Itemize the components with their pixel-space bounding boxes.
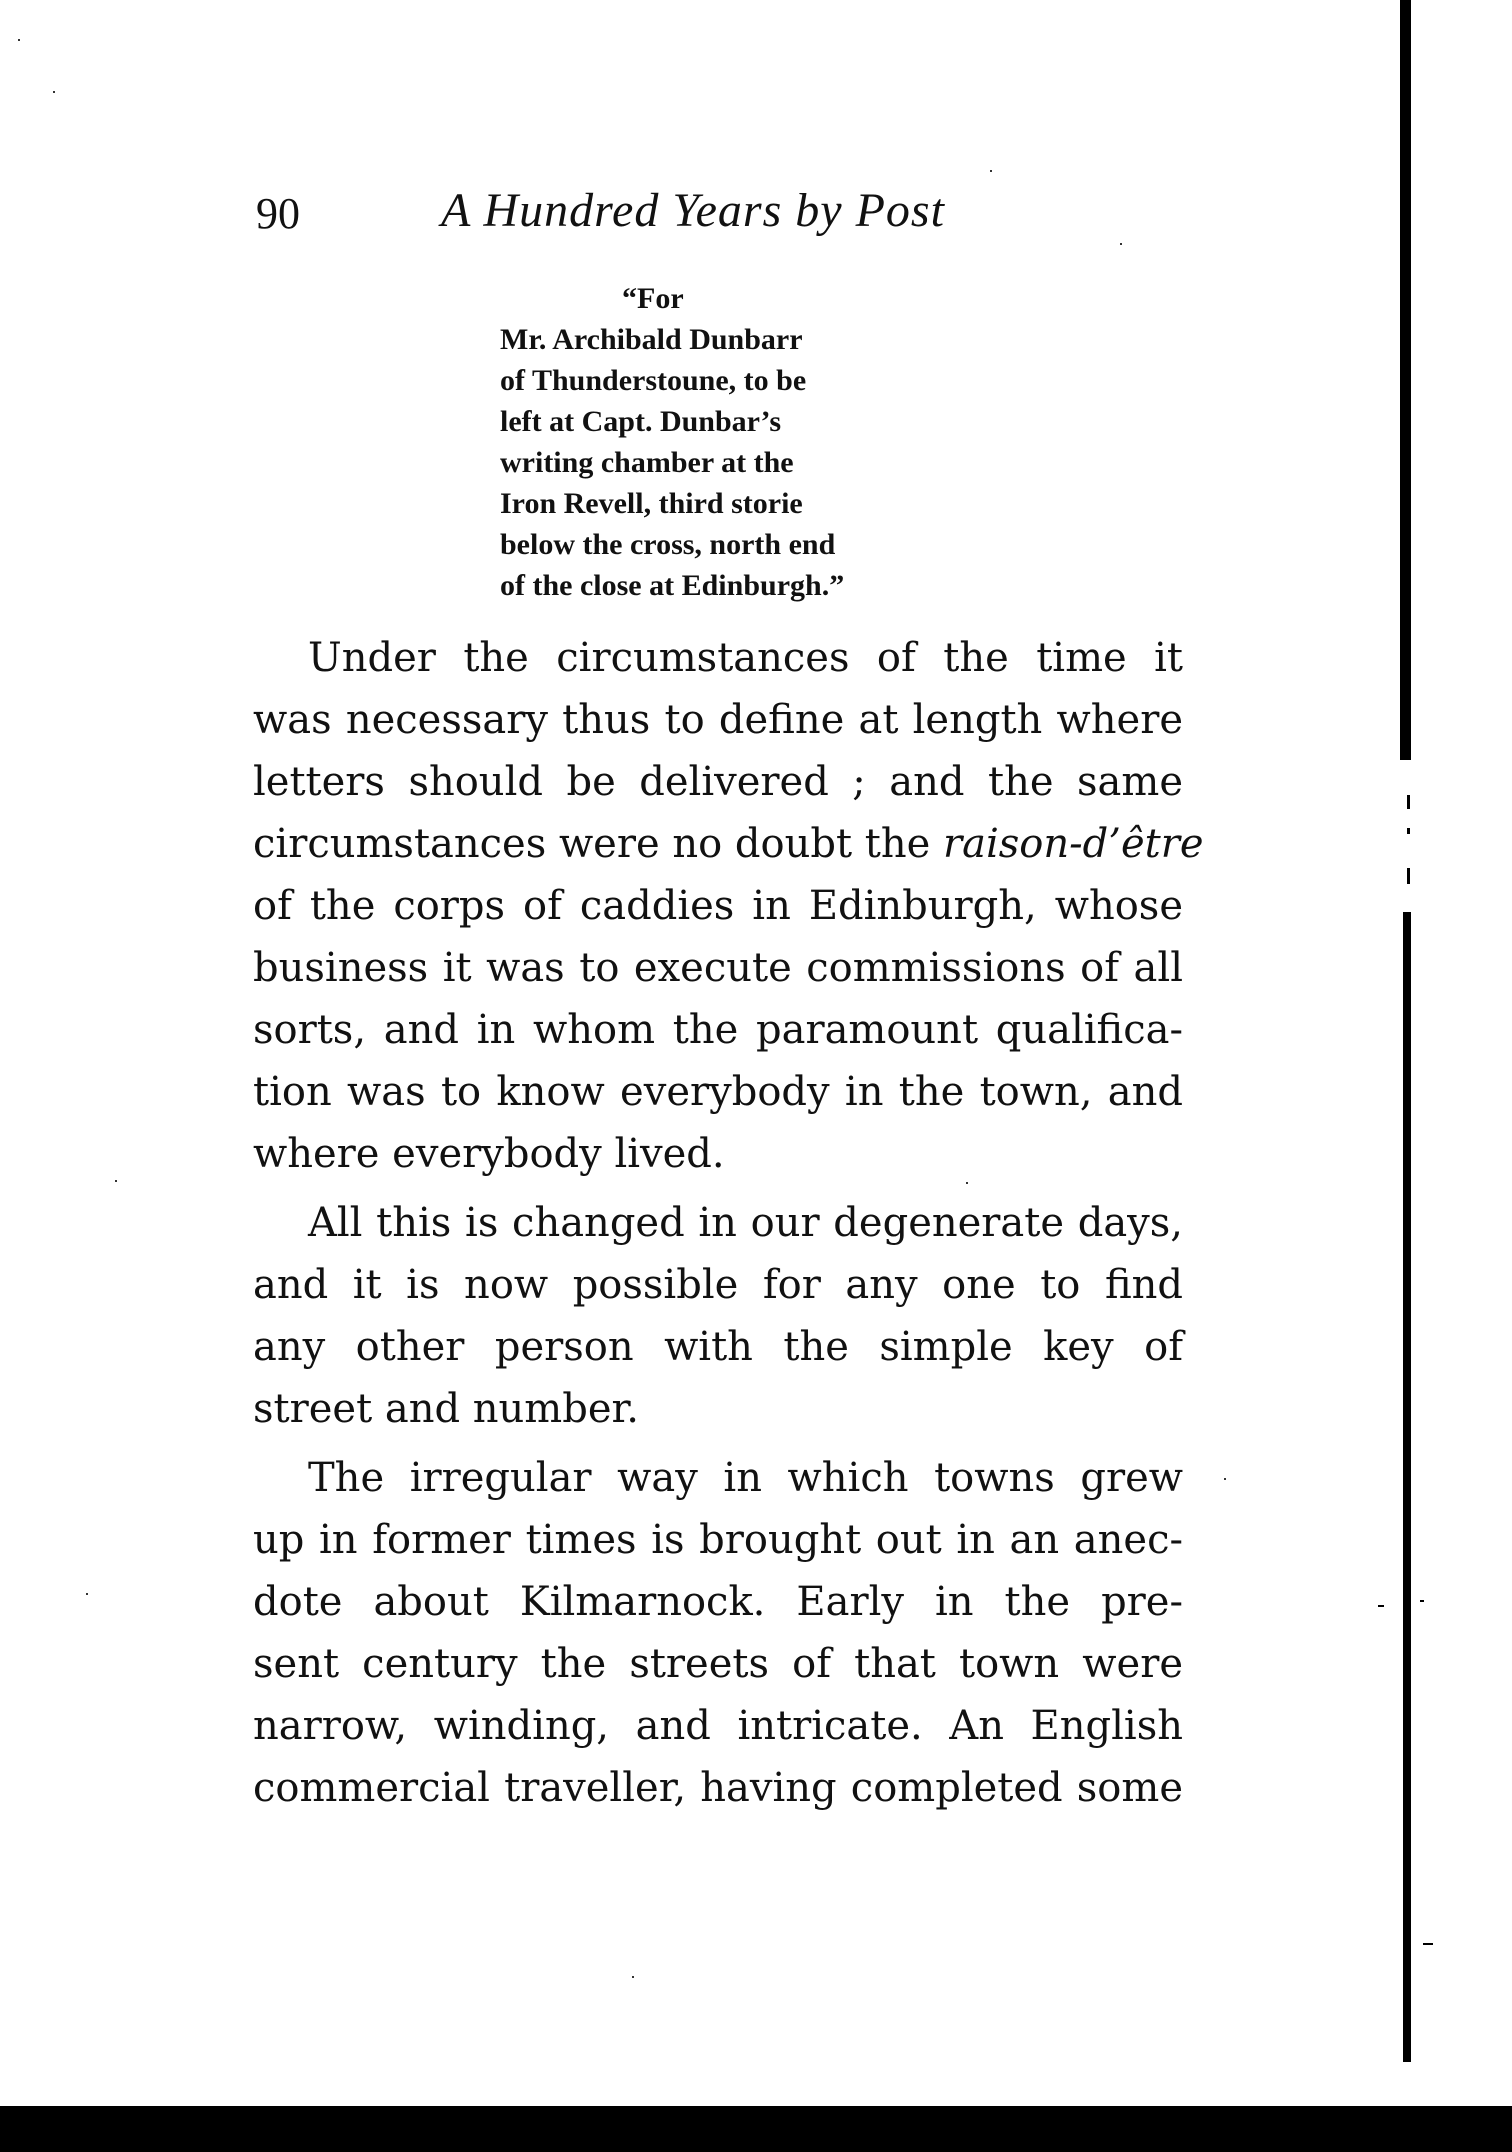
text-line: up in former times is brought out in an … [253, 1509, 1183, 1571]
address-line: Iron Revell, third storie [500, 483, 940, 524]
text-line: and it is now possible for any one to fi… [253, 1254, 1183, 1316]
paragraph: Under the circumstances of the time it w… [253, 627, 1183, 1185]
italic-phrase: raison-d’être [943, 821, 1204, 867]
page-number: 90 [256, 192, 300, 236]
address-line: writing chamber at the [500, 442, 940, 483]
text-line: commercial traveller, having completed s… [253, 1757, 1183, 1819]
scan-speck [53, 91, 55, 93]
text-line: circumstances were no doubt the raison-d… [253, 813, 1183, 875]
scan-speck [990, 170, 992, 172]
running-header: 90 A Hundred Years by Post [256, 186, 1016, 236]
quoted-address-block: “For Mr. Archibald Dunbarr of Thundersto… [500, 278, 940, 606]
scan-speck [1120, 243, 1122, 245]
scan-speck [86, 1593, 88, 1595]
text-line: business it was to execute commissions o… [253, 937, 1183, 999]
binding-edge-line [1400, 0, 1411, 760]
text-line: sorts, and in whom the paramount qualifi… [253, 999, 1183, 1061]
scan-speck [18, 39, 20, 41]
text-line: The irregular way in which towns grew [253, 1447, 1183, 1509]
paragraph: The irregular way in which towns grew up… [253, 1447, 1183, 1819]
text-line: narrow, winding, and intricate. An Engli… [253, 1695, 1183, 1757]
text-line: letters should be delivered ; and the sa… [253, 751, 1183, 813]
scan-speck [632, 1976, 634, 1978]
scan-bottom-border [0, 2106, 1512, 2152]
address-line: of Thunderstoune, to be [500, 360, 940, 401]
scan-speck [966, 1182, 968, 1184]
binding-edge-dash [1407, 868, 1410, 884]
address-line: left at Capt. Dunbar’s [500, 401, 940, 442]
text-line: dote about Kilmarnock. Early in the pre- [253, 1571, 1183, 1633]
binding-edge-line [1403, 912, 1411, 2062]
text-line: Under the circumstances of the time it [253, 627, 1183, 689]
binding-edge-dash [1407, 795, 1410, 809]
text-line: tion was to know everybody in the town, … [253, 1061, 1183, 1123]
margin-mark [1420, 1600, 1424, 1602]
text-line: sent century the streets of that town we… [253, 1633, 1183, 1695]
margin-mark [1378, 1605, 1384, 1607]
text-run: circumstances were no doubt the [253, 821, 930, 867]
address-line: Mr. Archibald Dunbarr [500, 319, 940, 360]
text-line: of the corps of caddies in Edinburgh, wh… [253, 875, 1183, 937]
scan-speck [115, 1180, 117, 1182]
text-line: street and number. [253, 1378, 1183, 1440]
running-title: A Hundred Years by Post [441, 186, 1001, 236]
text-line: where everybody lived. [253, 1123, 1183, 1185]
address-line: below the cross, north end [500, 524, 940, 565]
paragraph: All this is changed in our degenerate da… [253, 1192, 1183, 1440]
address-line: of the close at Edinburgh.” [500, 565, 940, 606]
scanned-book-page: 90 A Hundred Years by Post “For Mr. Arch… [0, 0, 1512, 2106]
text-line: was necessary thus to define at length w… [253, 689, 1183, 751]
text-line: any other person with the simple key of [253, 1316, 1183, 1378]
scan-speck [1224, 1478, 1226, 1480]
address-line: “For [500, 278, 940, 319]
text-line: All this is changed in our degenerate da… [253, 1192, 1183, 1254]
binding-edge-dash [1407, 828, 1410, 834]
margin-mark [1423, 1943, 1433, 1945]
